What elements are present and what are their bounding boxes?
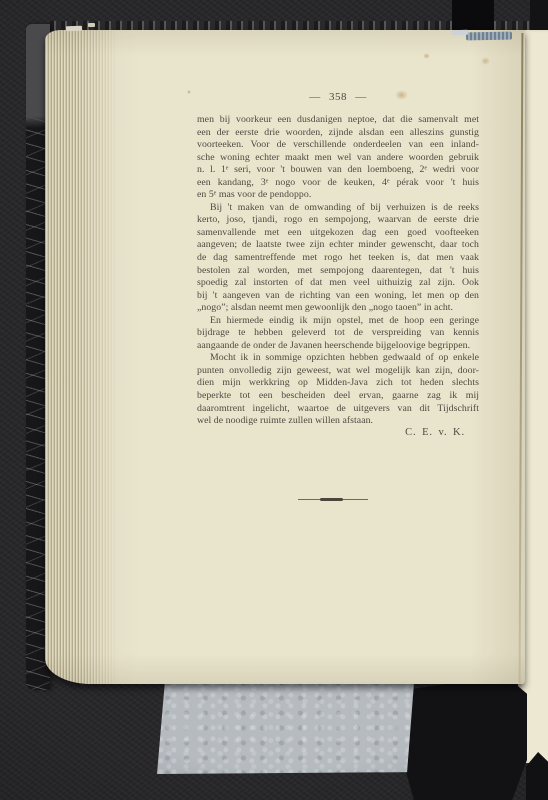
text-line: voorteeken. Voor de verschillende onderd… [197,139,479,152]
paragraph: men bij voorkeur een dusdanigen neptoe, … [197,114,479,202]
text-line: aangeven; de laatste twee zijn echter mi… [197,239,479,252]
foxing-spot [481,57,490,65]
text-line: een kandang, 3ᵉ nogo voor de keuken, 4ᵉ … [197,177,479,190]
scanned-book-photo: — 358 — men bij voorkeur een dusdanigen … [0,0,548,800]
page-stack-fade [45,30,123,684]
paper-chip [88,23,95,27]
book-page: — 358 — men bij voorkeur een dusdanigen … [45,30,525,684]
text-line: beperkte tot een bescheiden deel ervan, … [197,390,479,403]
text-line: spoedig zal instorten of dat men veel ui… [197,277,479,290]
paragraph: Mocht ik in sommige opzichten hebben ged… [197,352,479,427]
text-line: Mocht ik in sommige opzichten hebben ged… [197,352,479,365]
gray-paper-slip [157,680,414,774]
text-line: dien mijn werkkring op Midden-Java zich … [197,377,479,390]
paragraph: Bij 't maken van de omwanding of bij ver… [197,202,479,315]
scanner-opening-left [452,0,494,31]
foxing-spot [187,90,191,94]
text-line: bijdrage te hebben geleverd tot de versp… [197,327,479,340]
text-line: de dag samentreffende met rogo het teeke… [197,252,479,265]
text-line: kerto, joso, tjandi, rogo en sempojong, … [197,214,479,227]
text-line: men bij voorkeur een dusdanigen neptoe, … [197,114,479,127]
text-line: samenvallende met een uitgekozen dag een… [197,227,479,240]
page-number-header: — 358 — [197,91,479,103]
text-line: wel de noodige ruimte zullen willen afst… [197,415,479,428]
headband-strip [466,32,512,41]
text-line: En hiermede eindig ik mijn opstel, met d… [197,315,479,328]
author-initials: C. E. v. K. [197,427,479,438]
text-line: „nogo”; alsdan neemt men gewoonlijk den … [197,302,479,315]
text-line: bestolen zal worden, met sempojong daare… [197,265,479,278]
text-line: bij 't aangeven van de richting van een … [197,290,479,303]
divider-thick-segment [320,498,343,501]
text-line: punten onvolledig zijn geweest, wat wel … [197,365,479,378]
text-line: daaromtrent ingelicht, waartoe de uitgev… [197,403,479,416]
black-cloth-corner [404,682,527,800]
paper-chip [452,30,468,36]
text-line: aangaande de onder de Javanen heerschend… [197,340,479,353]
section-divider [298,498,368,501]
text-line: Bij 't maken van de omwanding of bij ver… [197,202,479,215]
paper-chip [66,26,82,32]
paragraph: En hiermede eindig ik mijn opstel, met d… [197,315,479,353]
text-block: men bij voorkeur een dusdanigen neptoe, … [197,114,479,428]
scanner-opening-right [530,0,548,32]
text-line: en 5ᵉ mas voor de pendoppo. [197,189,479,202]
foxing-spot [423,53,430,59]
text-line: een der eerste drie woorden, zijnde alsd… [197,127,479,140]
text-line: sche woning echter maakt men wel van and… [197,152,479,165]
text-line: n. l. 1ᵉ seri, voor 't bouwen van den lo… [197,164,479,177]
